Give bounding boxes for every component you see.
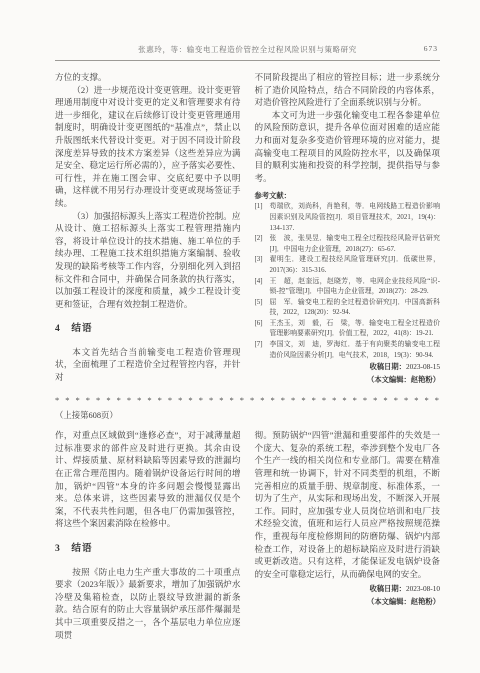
- running-head: 张惠玲，等：输变电工程造价管控全过程风险识别与策略研究 673: [55, 44, 440, 56]
- paragraph: 彻。预防锅炉“四管”泄漏和重要部件的失效是一个庞大、复杂的系统工程，牵涉到整个发…: [255, 429, 441, 580]
- article2-columns: 作，对重点区域做到“逢修必查”，对于减薄量超过标准要求的部件应及时进行更换。其余…: [55, 429, 440, 641]
- reference-number: [6]: [255, 319, 270, 340]
- continued-from-note: （上接第608页）: [55, 410, 440, 422]
- paragraph: 不同阶段提出了相应的管控目标；进一步系统分析了造价风险特点，结合不同阶段的内容体…: [255, 71, 441, 109]
- reference-text: 王杰玉，刘 毅，石 梁，等．输变电工程全过程造价管理影响要素研究[J]．价值工程…: [270, 319, 441, 340]
- received-date-value: 2023-08-10: [406, 584, 440, 593]
- article1-right-column: 不同阶段提出了相应的管控目标；进一步系统分析了造价风险特点，结合不同阶段的内容体…: [255, 71, 441, 386]
- reference-text: 屈 军．输变电工程的全过程造价研究[J]．中国高新科技，2022，128(20)…: [270, 298, 441, 319]
- reference-text: 张 波，张昊昱．输变电工程全过程技经风险评估研究[J]．中国电力企业管理，201…: [270, 234, 441, 255]
- reference-text: 王 超，赵奎远，赵晓芳，等．电网企业技经风险“识-锁-控”管理[J]．中国电力企…: [270, 277, 441, 298]
- paragraph: 方位的支撑。: [55, 71, 241, 84]
- reference-text: 翟明生．建设工程技经风险管理研究[J]．低碳世界，2017(36)：315-31…: [270, 255, 441, 276]
- reference-item: [2] 张 波，张昊昱．输变电工程全过程技经风险评估研究[J]．中国电力企业管理…: [255, 234, 441, 255]
- reference-item: [1] 苟瑞欣，刘尚科，肖艳利，等．电网线路工程造价影响因素识别及风险管控[J]…: [255, 202, 441, 234]
- editor-note-line: （本文编辑：赵艳粉）: [255, 596, 441, 609]
- reference-number: [5]: [255, 298, 270, 319]
- reference-number: [2]: [255, 234, 270, 255]
- reference-number: [3]: [255, 255, 270, 276]
- section-heading-conclusion: 4 结语: [55, 323, 241, 336]
- journal-page: 张惠玲，等：输变电工程造价管控全过程风险识别与策略研究 673 方位的支撑。 （…: [0, 0, 480, 673]
- reference-text: 苟瑞欣，刘尚科，肖艳利，等．电网线路工程造价影响因素识别及风险管控[J]．项目管…: [270, 202, 441, 234]
- editor-note-line: （本文编辑：赵艳粉）: [255, 374, 441, 387]
- section-heading-conclusion: 3 结语: [55, 543, 241, 556]
- paragraph: 本文首先结合当前输变电工程造价管理现状，全面梳理了工程造价全过程管控内容，并针对: [55, 346, 241, 384]
- reference-item: [3] 翟明生．建设工程技经风险管理研究[J]．低碳世界，2017(36)：31…: [255, 255, 441, 276]
- paragraph: 作，对重点区域做到“逢修必查”，对于减薄量超过标准要求的部件应及时进行更换。其余…: [55, 429, 241, 530]
- article2-right-column: 彻。预防锅炉“四管”泄漏和重要部件的失效是一个庞大、复杂的系统工程，牵涉到整个发…: [255, 429, 441, 641]
- reference-text: 李国文，刘 迪，罗海红．基于有向聚类的输变电工程造价风险因素分析[J]．电气技术…: [270, 340, 441, 361]
- section-divider-asterisks: * * * * * * * * * * * * * * * * * * * * …: [55, 395, 440, 406]
- reference-item: [6] 王杰玉，刘 毅，石 梁，等．输变电工程全过程造价管理影响要素研究[J]．…: [255, 319, 441, 340]
- paragraph: 按照《防止电力生产重大事故的二十项重点要求（2023年版）》最新要求，增加了加强…: [55, 566, 241, 642]
- received-date-line: 收稿日期：2023-08-10: [255, 583, 441, 596]
- reference-item: [4] 王 超，赵奎远，赵晓芳，等．电网企业技经风险“识-锁-控”管理[J]．中…: [255, 277, 441, 298]
- received-date-label: 收稿日期：: [369, 362, 405, 371]
- reference-item: [5] 屈 军．输变电工程的全过程造价研究[J]．中国高新科技，2022，128…: [255, 298, 441, 319]
- header-rule: [55, 60, 440, 61]
- reference-number: [1]: [255, 202, 270, 234]
- page-number: 673: [424, 44, 438, 53]
- reference-number: [7]: [255, 340, 270, 361]
- references-list: [1] 苟瑞欣，刘尚科，肖艳利，等．电网线路工程造价影响因素识别及风险管控[J]…: [255, 202, 441, 361]
- reference-number: [4]: [255, 277, 270, 298]
- article2-left-column: 作，对重点区域做到“逢修必查”，对于减薄量超过标准要求的部件应及时进行更换。其余…: [55, 429, 241, 641]
- references-heading: 参考文献：: [255, 189, 441, 202]
- article1-left-column: 方位的支撑。 （2）进一步规范设计变更管理。设计变更管理通用制度中对设计变更的定…: [55, 71, 241, 386]
- running-title: 张惠玲，等：输变电工程造价管控全过程风险识别与策略研究: [55, 44, 440, 55]
- received-date-value: 2023-08-15: [406, 362, 440, 371]
- reference-item: [7] 李国文，刘 迪，罗海红．基于有向聚类的输变电工程造价风险因素分析[J]．…: [255, 340, 441, 361]
- paragraph: （2）进一步规范设计变更管理。设计变更管理通用制度中对设计变更的定义和管理要求有…: [55, 84, 241, 210]
- paragraph: （3）加强招标源头上落实工程造价控制。应从设计、施工招标源头上落实工程管理措施内…: [55, 210, 241, 311]
- paragraph: 本文可为进一步强化输变电工程各参建单位的风险预防意识，提升各单位面对困难的适应能…: [255, 109, 441, 185]
- received-date-line: 收稿日期：2023-08-15: [255, 361, 441, 374]
- article1-columns: 方位的支撑。 （2）进一步规范设计变更管理。设计变更管理通用制度中对设计变更的定…: [55, 71, 440, 386]
- received-date-label: 收稿日期：: [369, 584, 405, 593]
